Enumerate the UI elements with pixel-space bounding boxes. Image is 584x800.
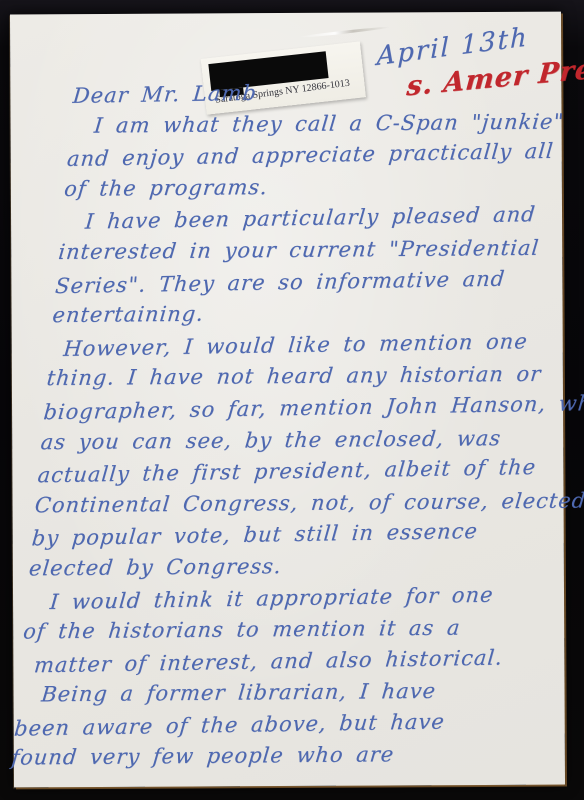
letter-photo: April 13th s. Amer Pres Saratoga Springs… [0, 0, 584, 800]
paper-crease [298, 26, 390, 39]
letter-paper: April 13th s. Amer Pres Saratoga Springs… [10, 12, 565, 788]
letter-body: Dear Mr. Lamb I am what they call a C-Sp… [10, 73, 584, 775]
letter-line: found very few people who are [10, 739, 533, 775]
